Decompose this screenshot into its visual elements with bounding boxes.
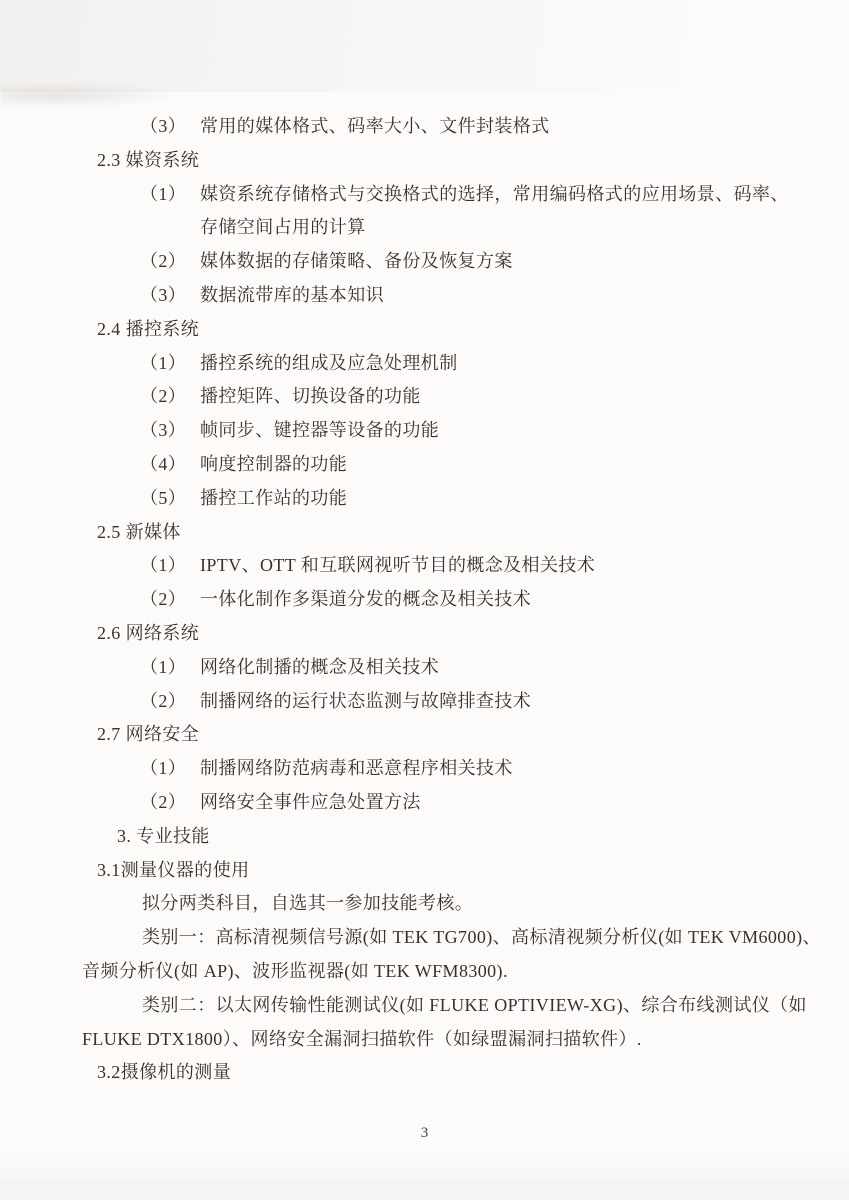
outline-item: （2）一体化制作多渠道分发的概念及相关技术 [0,583,849,617]
item-text: 网络安全事件应急处置方法 [200,792,421,812]
item-text: 媒体数据的存储策略、备份及恢复方案 [200,251,513,271]
item-text: 数据流带库的基本知识 [200,285,384,305]
outline-item: （1）制播网络防范病毒和恶意程序相关技术 [0,752,849,786]
outline-item: （5）播控工作站的功能 [0,482,849,516]
item-number: （1） [140,178,200,212]
item-number: （2） [140,380,200,414]
outline-item: （1）IPTV、OTT 和互联网视听节目的概念及相关技术 [0,549,849,583]
page-number: 3 [0,1122,849,1144]
item-text: 播控工作站的功能 [200,488,347,508]
item-number: （3） [140,279,200,313]
item-number: （2） [140,786,200,820]
section-heading: 3.2摄像机的测量 [0,1056,849,1090]
chapter-heading: 3. 专业技能 [0,820,849,854]
item-text: 播控矩阵、切换设备的功能 [200,386,421,406]
scan-smudge [0,82,180,108]
section-heading: 3.1测量仪器的使用 [0,854,849,888]
outline-item-continuation: 存储空间占用的计算 [0,211,849,245]
item-text: 制播网络的运行状态监测与故障排查技术 [200,691,531,711]
section-heading: 2.6 网络系统 [0,617,849,651]
outline-item: （2）网络安全事件应急处置方法 [0,786,849,820]
item-number: （2） [140,245,200,279]
item-text: 播控系统的组成及应急处理机制 [200,353,458,373]
paragraph-line: FLUKE DTX1800）、网络安全漏洞扫描软件（如绿盟漏洞扫描软件）. [0,1023,849,1057]
item-number: （3） [140,110,200,144]
outline-item: （3）帧同步、键控器等设备的功能 [0,414,849,448]
item-number: （1） [140,549,200,583]
section-heading: 2.4 播控系统 [0,313,849,347]
item-number: （5） [140,482,200,516]
outline-item: （2）播控矩阵、切换设备的功能 [0,380,849,414]
scan-shading-bottom [0,1152,849,1200]
outline-item: （4）响度控制器的功能 [0,448,849,482]
outline-item: （1）播控系统的组成及应急处理机制 [0,347,849,381]
item-text: 一体化制作多渠道分发的概念及相关技术 [200,589,531,609]
section-heading: 2.5 新媒体 [0,516,849,550]
section-heading: 2.3 媒资系统 [0,144,849,178]
outline-item: （1）网络化制播的概念及相关技术 [0,651,849,685]
section-heading: 2.7 网络安全 [0,718,849,752]
item-number: （1） [140,347,200,381]
outline-item: （1）媒资系统存储格式与交换格式的选择，常用编码格式的应用场景、码率、 [0,178,849,212]
paragraph-line: 音频分析仪(如 AP)、波形监视器(如 TEK WFM8300). [0,955,849,989]
outline-item: （3）数据流带库的基本知识 [0,279,849,313]
item-number: （3） [140,414,200,448]
paragraph-line: 拟分两类科目，自选其一参加技能考核。 [0,887,849,921]
document-body: （3）常用的媒体格式、码率大小、文件封装格式 2.3 媒资系统 （1）媒资系统存… [0,110,849,1090]
item-text: 制播网络防范病毒和恶意程序相关技术 [200,758,513,778]
outline-item: （2）媒体数据的存储策略、备份及恢复方案 [0,245,849,279]
item-text: 网络化制播的概念及相关技术 [200,657,439,677]
item-number: （1） [140,752,200,786]
item-text: 响度控制器的功能 [200,454,347,474]
item-number: （2） [140,583,200,617]
item-number: （1） [140,651,200,685]
paragraph-line: 类别二：以太网传输性能测试仪(如 FLUKE OPTIVIEW-XG)、综合布线… [0,989,849,1023]
item-number: （4） [140,448,200,482]
outline-item: （3）常用的媒体格式、码率大小、文件封装格式 [0,110,849,144]
item-text: 媒资系统存储格式与交换格式的选择，常用编码格式的应用场景、码率、 [200,184,789,204]
paragraph-line: 类别一：高标清视频信号源(如 TEK TG700)、高标清视频分析仪(如 TEK… [0,921,849,955]
scan-shading-top [0,0,849,92]
outline-item: （2）制播网络的运行状态监测与故障排查技术 [0,685,849,719]
item-number: （2） [140,685,200,719]
item-text: 常用的媒体格式、码率大小、文件封装格式 [200,116,550,136]
item-text: IPTV、OTT 和互联网视听节目的概念及相关技术 [200,555,595,575]
item-text: 帧同步、键控器等设备的功能 [200,420,439,440]
scanned-document-page: （3）常用的媒体格式、码率大小、文件封装格式 2.3 媒资系统 （1）媒资系统存… [0,0,849,1200]
